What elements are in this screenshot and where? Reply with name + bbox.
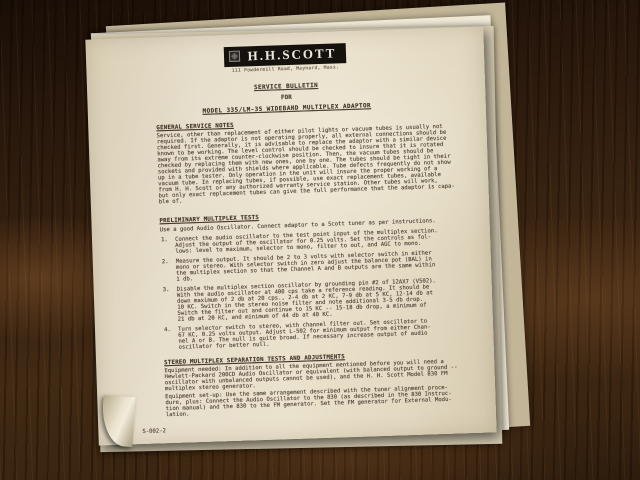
list-item: 3. Disable the multiplex section oscilla…: [162, 277, 473, 323]
item-text: Turn selector switch to stereo, with cha…: [178, 317, 474, 351]
footer-code: S-002-2: [142, 428, 166, 435]
page-header: H.H.SCOTT 111 Powdermill Road, Maynard, …: [85, 27, 485, 119]
page-body: GENERAL SERVICE NOTES Service, other tha…: [88, 114, 495, 420]
scott-emblem-icon: [228, 51, 239, 62]
item-number: 4.: [163, 327, 179, 351]
item-text: Disable the multiplex section oscillator…: [177, 277, 473, 323]
service-bulletin-page: H.H.SCOTT 111 Powdermill Road, Maynard, …: [85, 27, 496, 446]
item-number: 2.: [161, 259, 177, 283]
general-service-notes-paragraph: Service, other than replacement of eithe…: [157, 123, 469, 205]
item-number: 1.: [160, 237, 176, 255]
scott-logo: H.H.SCOTT: [223, 43, 346, 67]
logo-text: H.H.SCOTT: [247, 45, 336, 63]
list-item: 4. Turn selector switch to stereo, with …: [163, 317, 474, 351]
page-content: H.H.SCOTT 111 Powdermill Road, Maynard, …: [85, 27, 496, 446]
item-number: 3.: [162, 287, 178, 323]
